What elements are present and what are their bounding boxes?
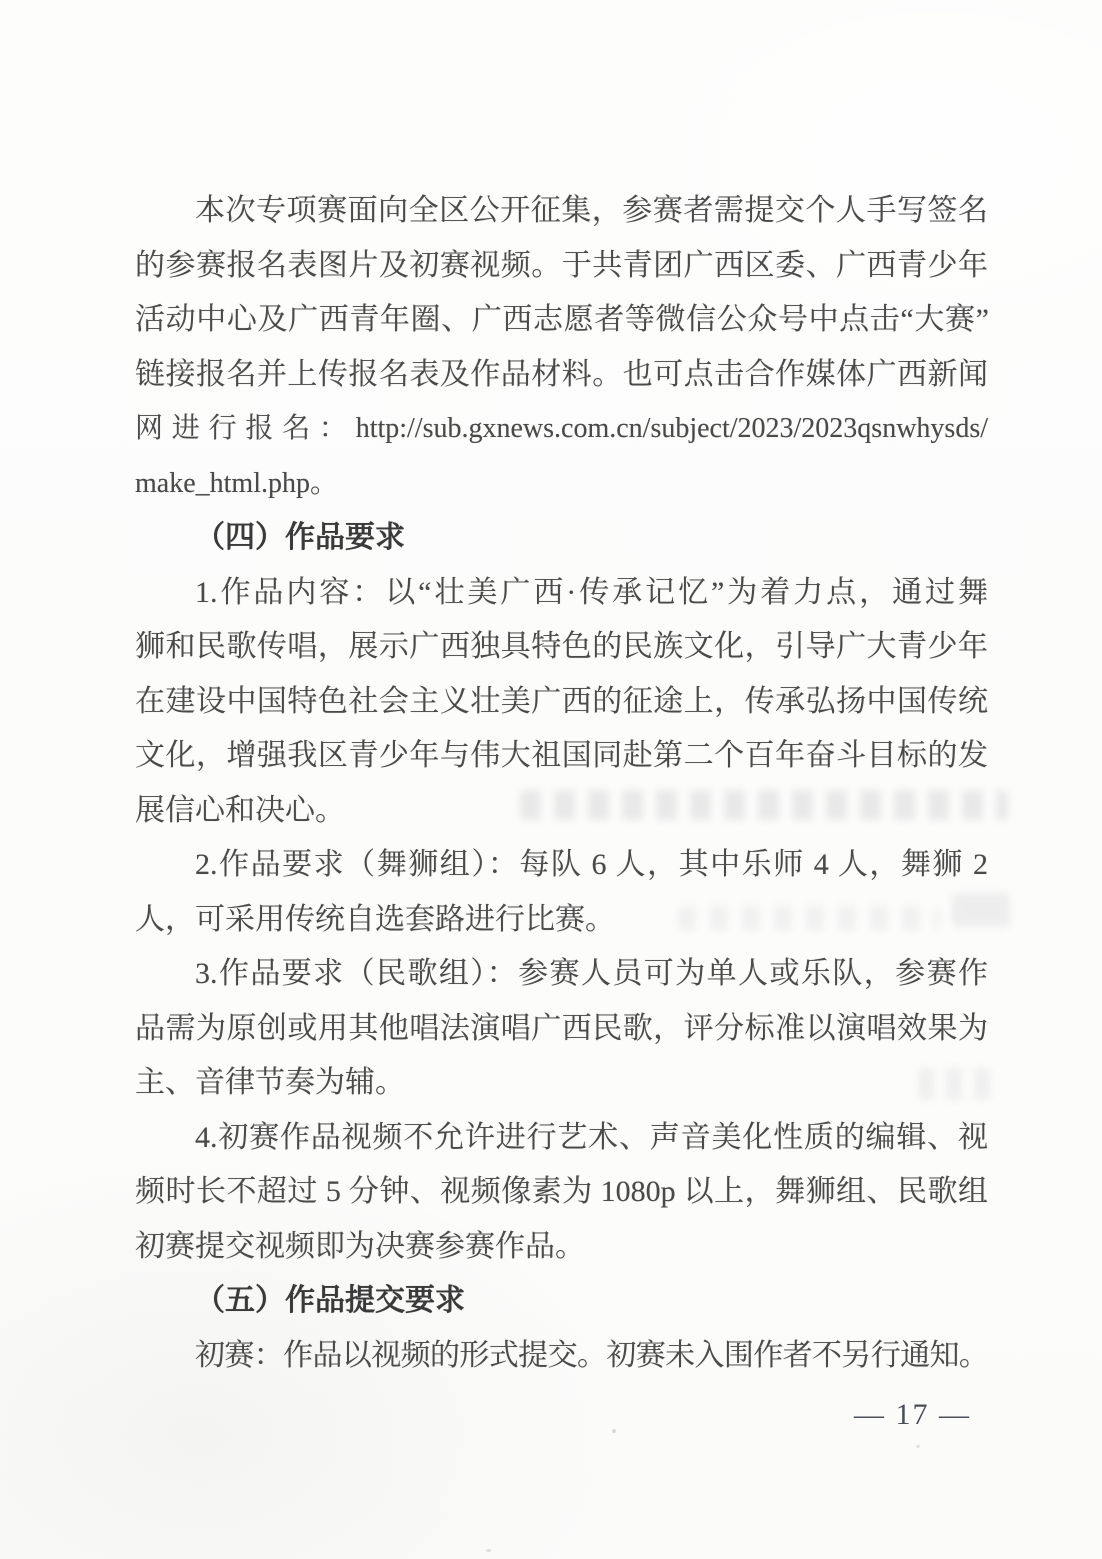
text-line: 狮和民歌传唱，展示广西独具特色的民族文化，引导广大青少年	[135, 620, 988, 675]
text-line: 的参赛报名表图片及初赛视频。于共青团广西区委、广西青少年	[135, 239, 988, 294]
scan-speck	[612, 1429, 616, 1433]
text-line: 网进行报名：http://sub.gxnews.com.cn/subject/2…	[135, 402, 988, 457]
text-line: make_html.php。	[135, 457, 988, 512]
scan-speck	[486, 1549, 491, 1552]
text-line: 1.作品内容：以“壮美广西·传承记忆”为着力点，通过舞	[135, 566, 988, 621]
document-body: 本次专项赛面向全区公开征集，参赛者需提交个人手写签名的参赛报名表图片及初赛视频。…	[135, 184, 988, 1383]
text-line: 链接报名并上传报名表及作品材料。也可点击合作媒体广西新闻	[135, 348, 988, 403]
text-line: 在建设中国特色社会主义壮美广西的征途上，传承弘扬中国传统	[135, 675, 988, 730]
section-heading: （五）作品提交要求	[135, 1274, 988, 1329]
text-line: 文化，增强我区青少年与伟大祖国同赴第二个百年奋斗目标的发	[135, 729, 988, 784]
text-line: 人，可采用传统自选套路进行比赛。	[135, 893, 988, 948]
text-line: 展信心和决心。	[135, 784, 988, 839]
text-line: 初赛：作品以视频的形式提交。初赛未入围作者不另行通知。	[135, 1329, 988, 1384]
text-line: 3.作品要求（民歌组）：参赛人员可为单人或乐队，参赛作	[135, 947, 988, 1002]
text-line: 品需为原创或用其他唱法演唱广西民歌，评分标准以演唱效果为	[135, 1002, 988, 1057]
scan-speck	[916, 1445, 920, 1448]
section-heading: （四）作品要求	[135, 511, 988, 566]
page-number: — 17 —	[845, 1396, 980, 1434]
text-line: 本次专项赛面向全区公开征集，参赛者需提交个人手写签名	[135, 184, 988, 239]
text-line: 4.初赛作品视频不允许进行艺术、声音美化性质的编辑、视	[135, 1111, 988, 1166]
text-line: 初赛提交视频即为决赛参赛作品。	[135, 1220, 988, 1275]
text-line: 活动中心及广西青年圈、广西志愿者等微信公众号中点击“大赛”	[135, 293, 988, 348]
text-line: 频时长不超过 5 分钟、视频像素为 1080p 以上，舞狮组、民歌组	[135, 1165, 988, 1220]
document-page: 本次专项赛面向全区公开征集，参赛者需提交个人手写签名的参赛报名表图片及初赛视频。…	[0, 0, 1102, 1559]
text-line: 主、音律节奏为辅。	[135, 1056, 988, 1111]
text-line: 2.作品要求（舞狮组）：每队 6 人，其中乐师 4 人，舞狮 2	[135, 838, 988, 893]
